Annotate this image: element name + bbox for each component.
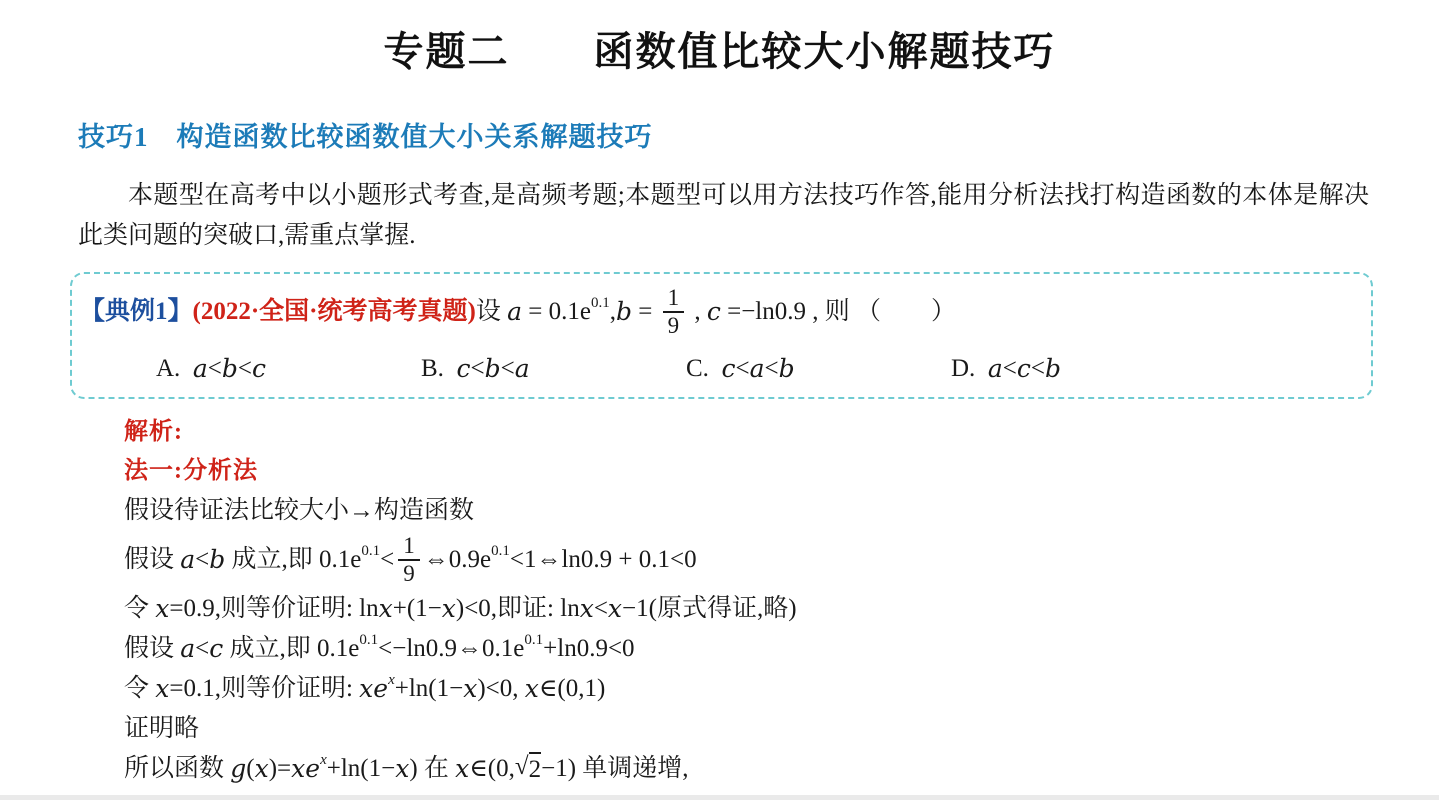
- example-label: 【典例1】: [80, 294, 193, 330]
- method-header: 法一:分析法: [124, 452, 1369, 491]
- option-d: D. a<c<b: [951, 354, 1216, 383]
- solution-step: 假设 a<b 成立,即 0.1e0.1<19⇔0.9e0.1<1⇔ln0.9 +…: [124, 531, 1369, 589]
- document-page: 专题二 函数值比较大小解题技巧 技巧1 构造函数比较函数值大小关系解题技巧 本题…: [0, 0, 1439, 800]
- solution-header: 解析:: [124, 413, 1369, 452]
- example-source: (2022·全国·统考高考真题): [193, 294, 476, 330]
- section-heading: 技巧1 构造函数比较函数值大小关系解题技巧: [78, 115, 1369, 154]
- intro-paragraph: 本题型在高考中以小题形式考查,是高频考题;本题型可以用方法技巧作答,能用分析法找…: [78, 176, 1369, 256]
- solution-section: 解析: 法一:分析法 假设待证法比较大小→构造函数 假设 a<b 成立,即 0.…: [124, 413, 1369, 789]
- page-bottom-edge: [0, 795, 1439, 800]
- option-a: A. a<b<c: [156, 354, 421, 383]
- solution-step: 证明略: [124, 709, 1369, 749]
- solution-step: 所以函数 g(x)=xex+ln(1−x) 在 x∈(0,√2−1) 单调递增,: [124, 749, 1369, 789]
- solution-step: 假设 a<c 成立,即 0.1e0.1<−ln0.9⇔0.1e0.1+ln0.9…: [124, 629, 1369, 669]
- solution-step: 令 x=0.1,则等价证明: xex+ln(1−x)<0, x∈(0,1): [124, 669, 1369, 709]
- option-b: B. c<b<a: [421, 354, 686, 383]
- example-box: 【典例1】 (2022·全国·统考高考真题) 设 a = 0.1e0.1,b =…: [70, 272, 1373, 399]
- page-title: 专题二 函数值比较大小解题技巧: [0, 0, 1439, 77]
- problem-stem-line: 【典例1】 (2022·全国·统考高考真题) 设 a = 0.1e0.1,b =…: [80, 284, 1357, 340]
- options-row: A. a<b<c B. c<b<a C. c<a<b D. a<c<b: [80, 354, 1357, 383]
- problem-stem: 设 a = 0.1e0.1,b = 19 , c =−ln0.9 , 则 （ ）: [476, 286, 956, 338]
- solution-step: 假设待证法比较大小→构造函数: [124, 491, 1369, 531]
- solution-step: 令 x=0.9,则等价证明: lnx+(1−x)<0,即证: lnx<x−1(原…: [124, 589, 1369, 629]
- option-c: C. c<a<b: [686, 354, 951, 383]
